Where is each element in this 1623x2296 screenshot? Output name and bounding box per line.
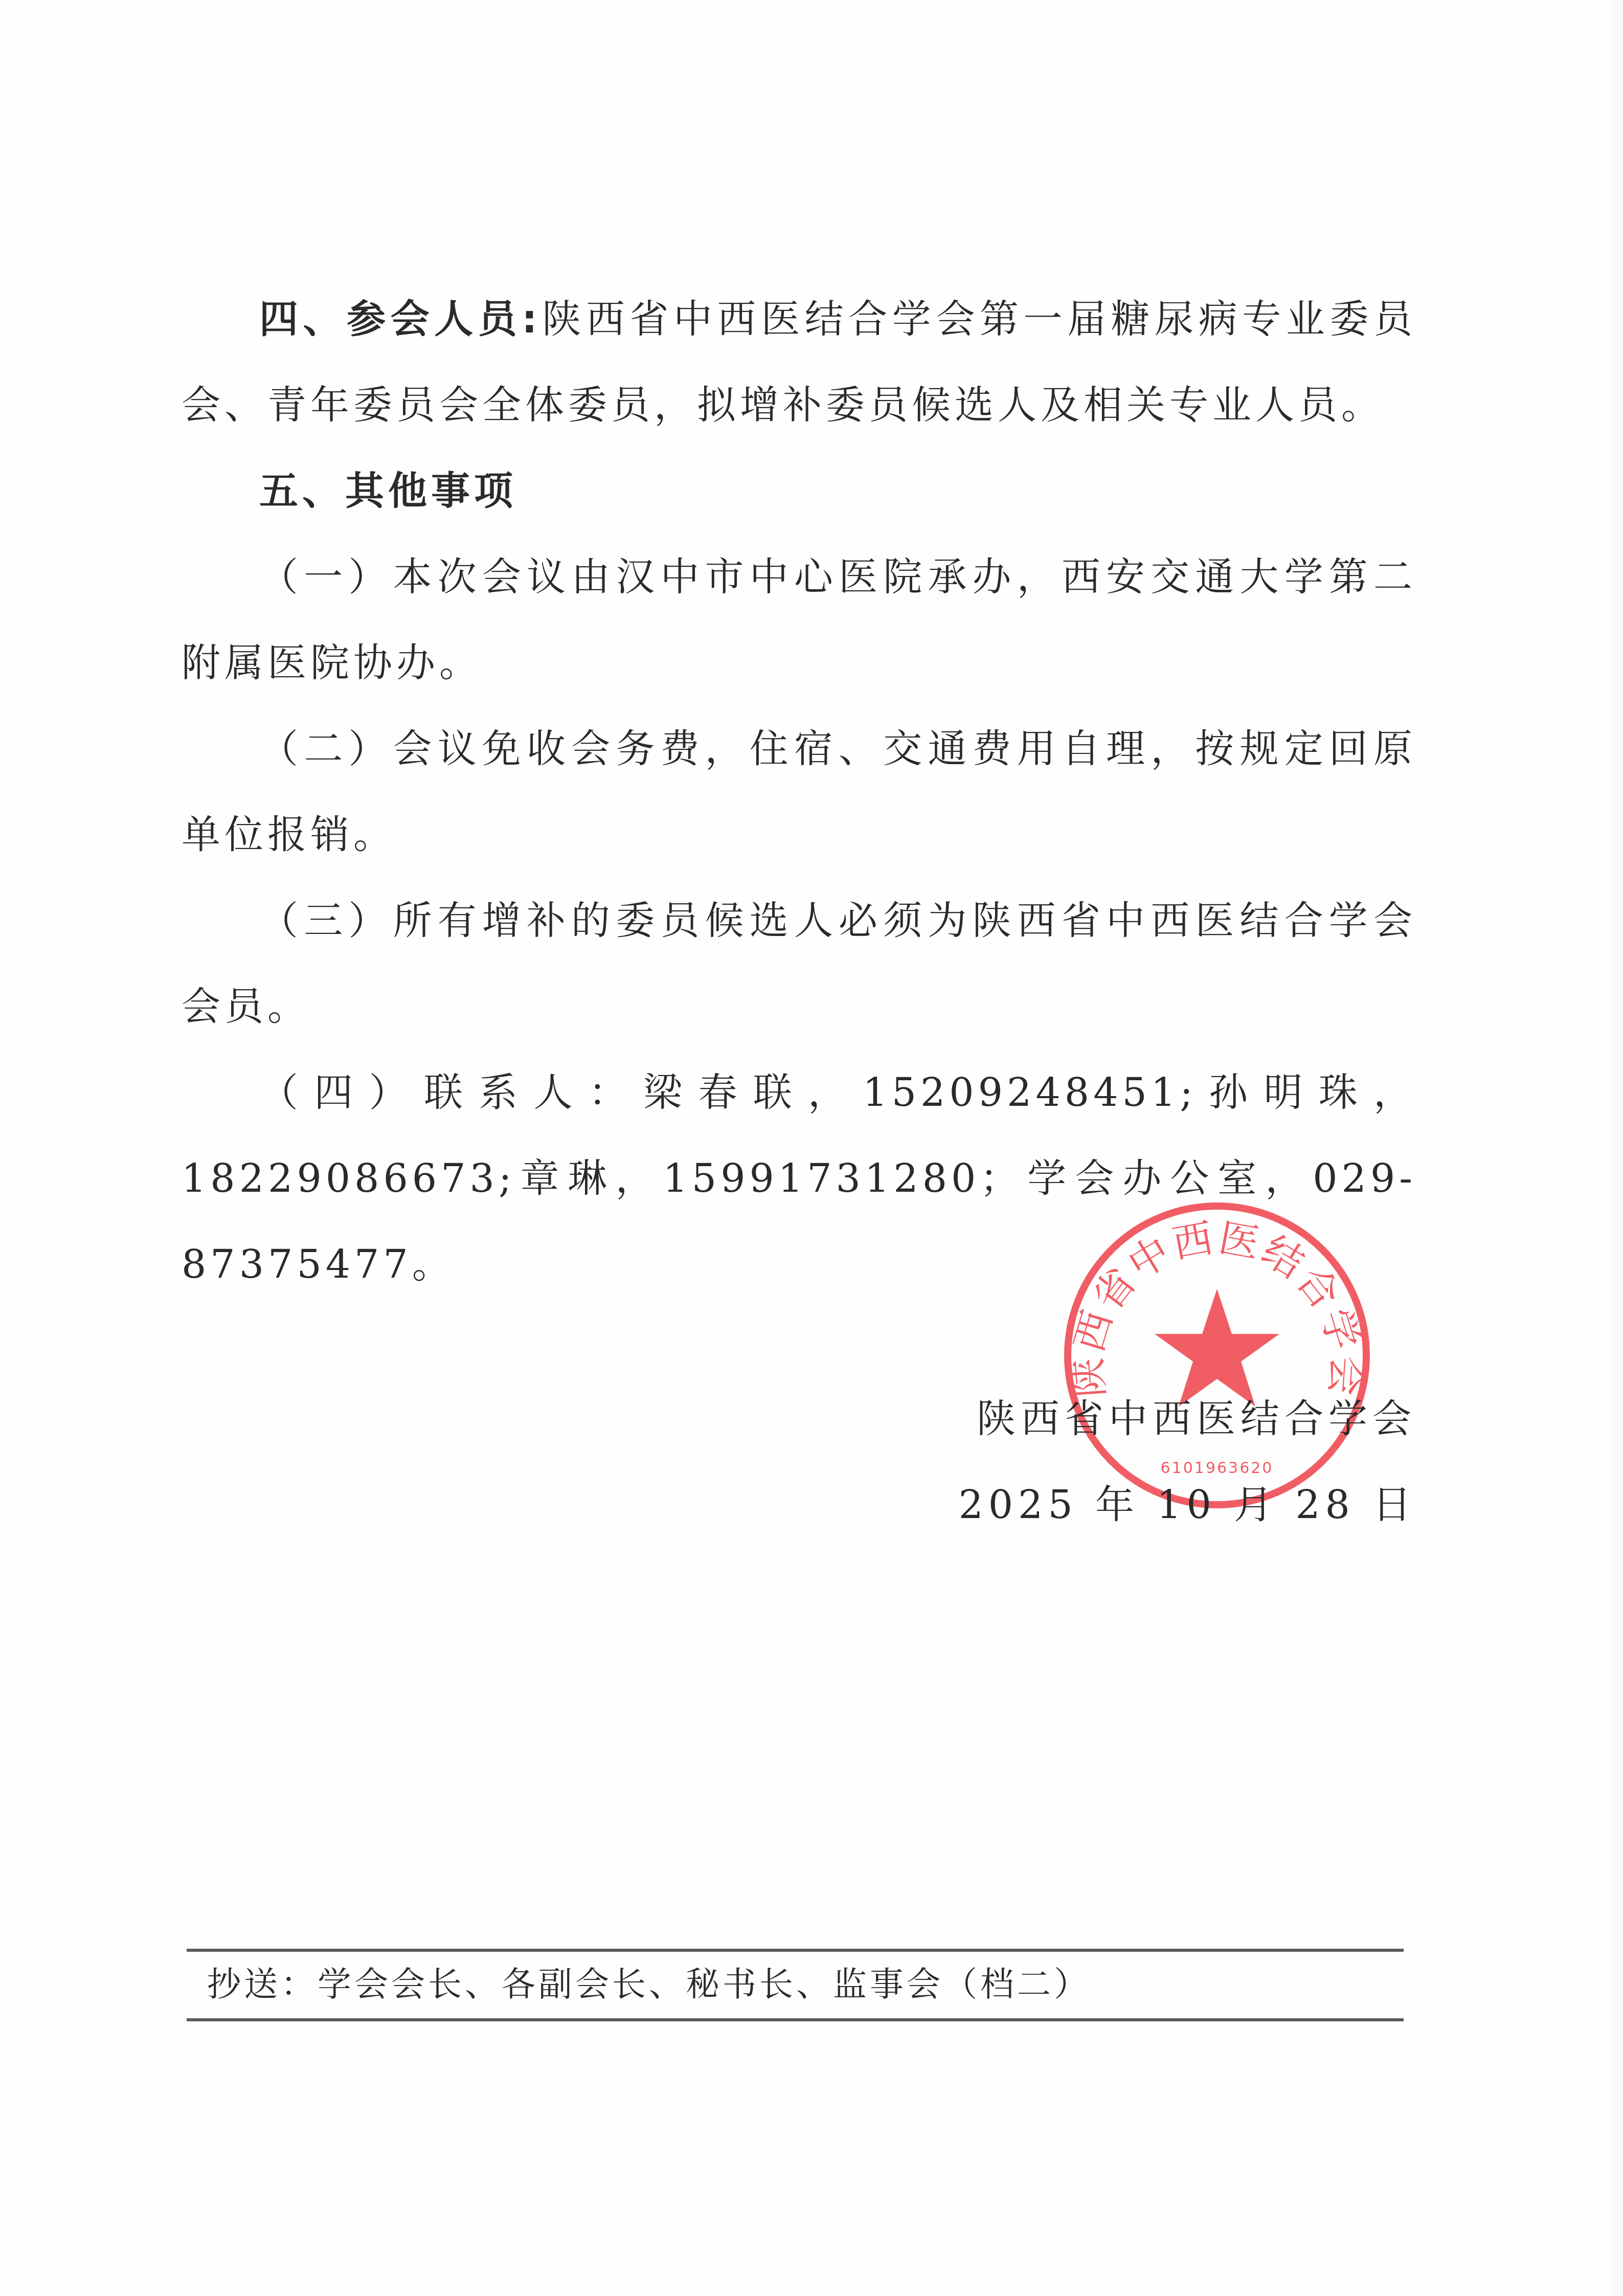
paragraph-attendees: 四、参会人员:陕西省中西医结合学会第一届糖尿病专业委员会、青年委员会全体委员，拟…: [182, 276, 1416, 448]
other-matters-heading: 五、其他事项: [182, 448, 1416, 534]
attendees-heading: 四、参会人员:: [259, 296, 542, 342]
cc-recipients: 抄送：学会会长、各副会长、秘书长、监事会（档二）: [207, 1964, 1091, 2005]
paragraph-item-2: （二）会议免收会务费，住宿、交通费用自理，按规定回原单位报销。: [182, 706, 1416, 878]
signing-organization: 陕西省中西医结合学会: [958, 1376, 1416, 1462]
paragraph-item-3: （三）所有增补的委员候选人必须为陕西省中西医结合学会会员。: [182, 878, 1416, 1050]
cc-top-rule: [187, 1949, 1404, 1952]
paragraph-item-1: （一）本次会议由汉中市中心医院承办，西安交通大学第二附属医院协办。: [182, 534, 1416, 706]
cc-block: 抄送：学会会长、各副会长、秘书长、监事会（档二）: [187, 1949, 1404, 2020]
scan-edge: [1612, 0, 1623, 2296]
signature-block: 陕西省中西医结合学会 2025 年 10 月 28 日: [958, 1376, 1416, 1548]
document-page: 四、参会人员:陕西省中西医结合学会第一届糖尿病专业委员会、青年委员会全体委员，拟…: [0, 0, 1623, 2296]
document-body: 四、参会人员:陕西省中西医结合学会第一届糖尿病专业委员会、青年委员会全体委员，拟…: [182, 276, 1416, 1307]
signing-date: 2025 年 10 月 28 日: [958, 1462, 1416, 1548]
cc-bottom-rule: [187, 2018, 1404, 2021]
